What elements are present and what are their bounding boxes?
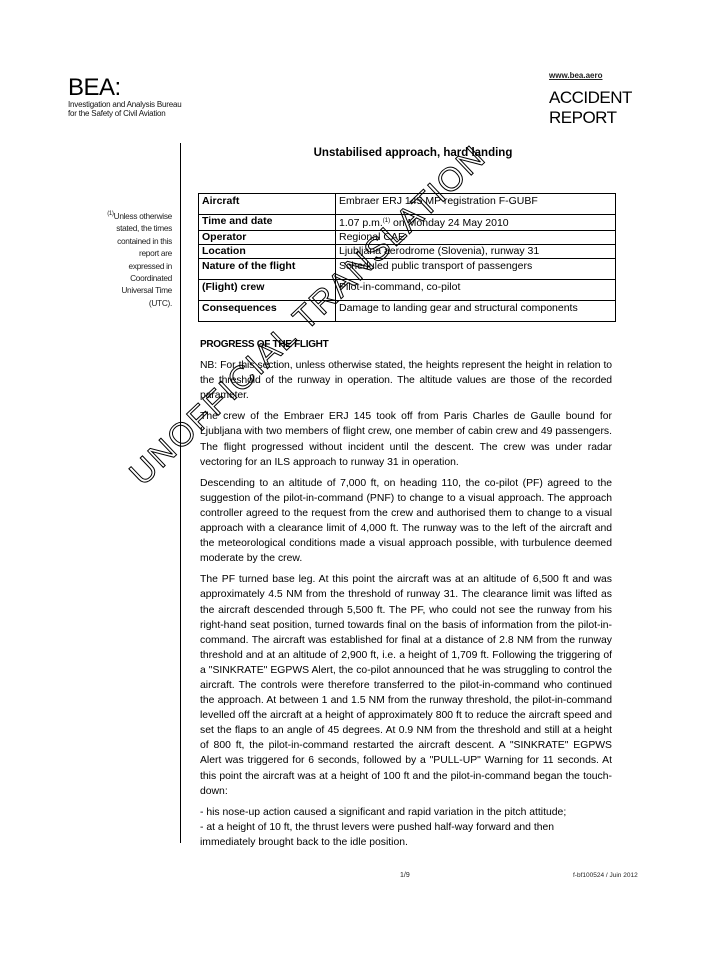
margin-divider <box>180 143 181 843</box>
document-type-line-1: ACCIDENT <box>549 88 632 108</box>
summary-table: Aircraft Embraer ERJ 145 MP registration… <box>198 193 616 322</box>
report-body: PROGRESS OF THE FLIGHT NB: For this sect… <box>200 337 612 850</box>
paragraph: The crew of the Embraer ERJ 145 took off… <box>200 409 612 469</box>
table-row: Aircraft Embraer ERJ 145 MP registration… <box>199 194 616 215</box>
table-row: Operator Regional CAE <box>199 231 616 245</box>
table-value: Pilot-in-command, co-pilot <box>336 280 616 301</box>
list-item: - at a height of 10 ft, the thrust lever… <box>200 820 612 850</box>
table-row: Consequences Damage to landing gear and … <box>199 301 616 322</box>
table-row: (Flight) crew Pilot-in-command, co-pilot <box>199 280 616 301</box>
footnote-text: Unless otherwise stated, the times conta… <box>114 211 172 308</box>
organization-name: Investigation and Analysis Bureau for th… <box>68 100 188 118</box>
table-value: Scheduled public transport of passengers <box>336 259 616 280</box>
paragraph: Descending to an altitude of 7,000 ft, o… <box>200 476 612 567</box>
table-key: Consequences <box>199 301 336 322</box>
table-row: Location Ljubljana aerodrome (Slovenia),… <box>199 245 616 259</box>
table-key: Aircraft <box>199 194 336 215</box>
table-key: Time and date <box>199 215 336 231</box>
page-number: 1/9 <box>400 872 410 879</box>
table-key: Location <box>199 245 336 259</box>
table-value: Embraer ERJ 145 MP registration F-GUBF <box>336 194 616 215</box>
bea-logo: BEA: <box>68 76 121 100</box>
document-type-line-2: REPORT <box>549 108 632 128</box>
paragraph: NB: For this section, unless otherwise s… <box>200 358 612 403</box>
report-title: Unstabilised approach, hard landing <box>196 147 630 159</box>
footnote-sidenote: (1)Unless otherwise stated, the times co… <box>104 208 172 309</box>
section-heading: PROGRESS OF THE FLIGHT <box>200 337 612 352</box>
table-row: Nature of the flight Scheduled public tr… <box>199 259 616 280</box>
table-key: Nature of the flight <box>199 259 336 280</box>
table-value: Damage to landing gear and structural co… <box>336 301 616 322</box>
table-value: 1.07 p.m.(1) on Monday 24 May 2010 <box>336 215 616 231</box>
website-link[interactable]: www.bea.aero <box>549 71 603 80</box>
table-key: Operator <box>199 231 336 245</box>
table-value: Ljubljana aerodrome (Slovenia), runway 3… <box>336 245 616 259</box>
paragraph: The PF turned base leg. At this point th… <box>200 572 612 798</box>
table-value: Regional CAE <box>336 231 616 245</box>
table-key: (Flight) crew <box>199 280 336 301</box>
document-type: ACCIDENT REPORT <box>549 88 632 128</box>
list-item: - his nose-up action caused a significan… <box>200 805 612 820</box>
table-row: Time and date 1.07 p.m.(1) on Monday 24 … <box>199 215 616 231</box>
document-reference: f-bf100524 / Juin 2012 <box>573 872 638 879</box>
bullet-list: - his nose-up action caused a significan… <box>200 805 612 850</box>
